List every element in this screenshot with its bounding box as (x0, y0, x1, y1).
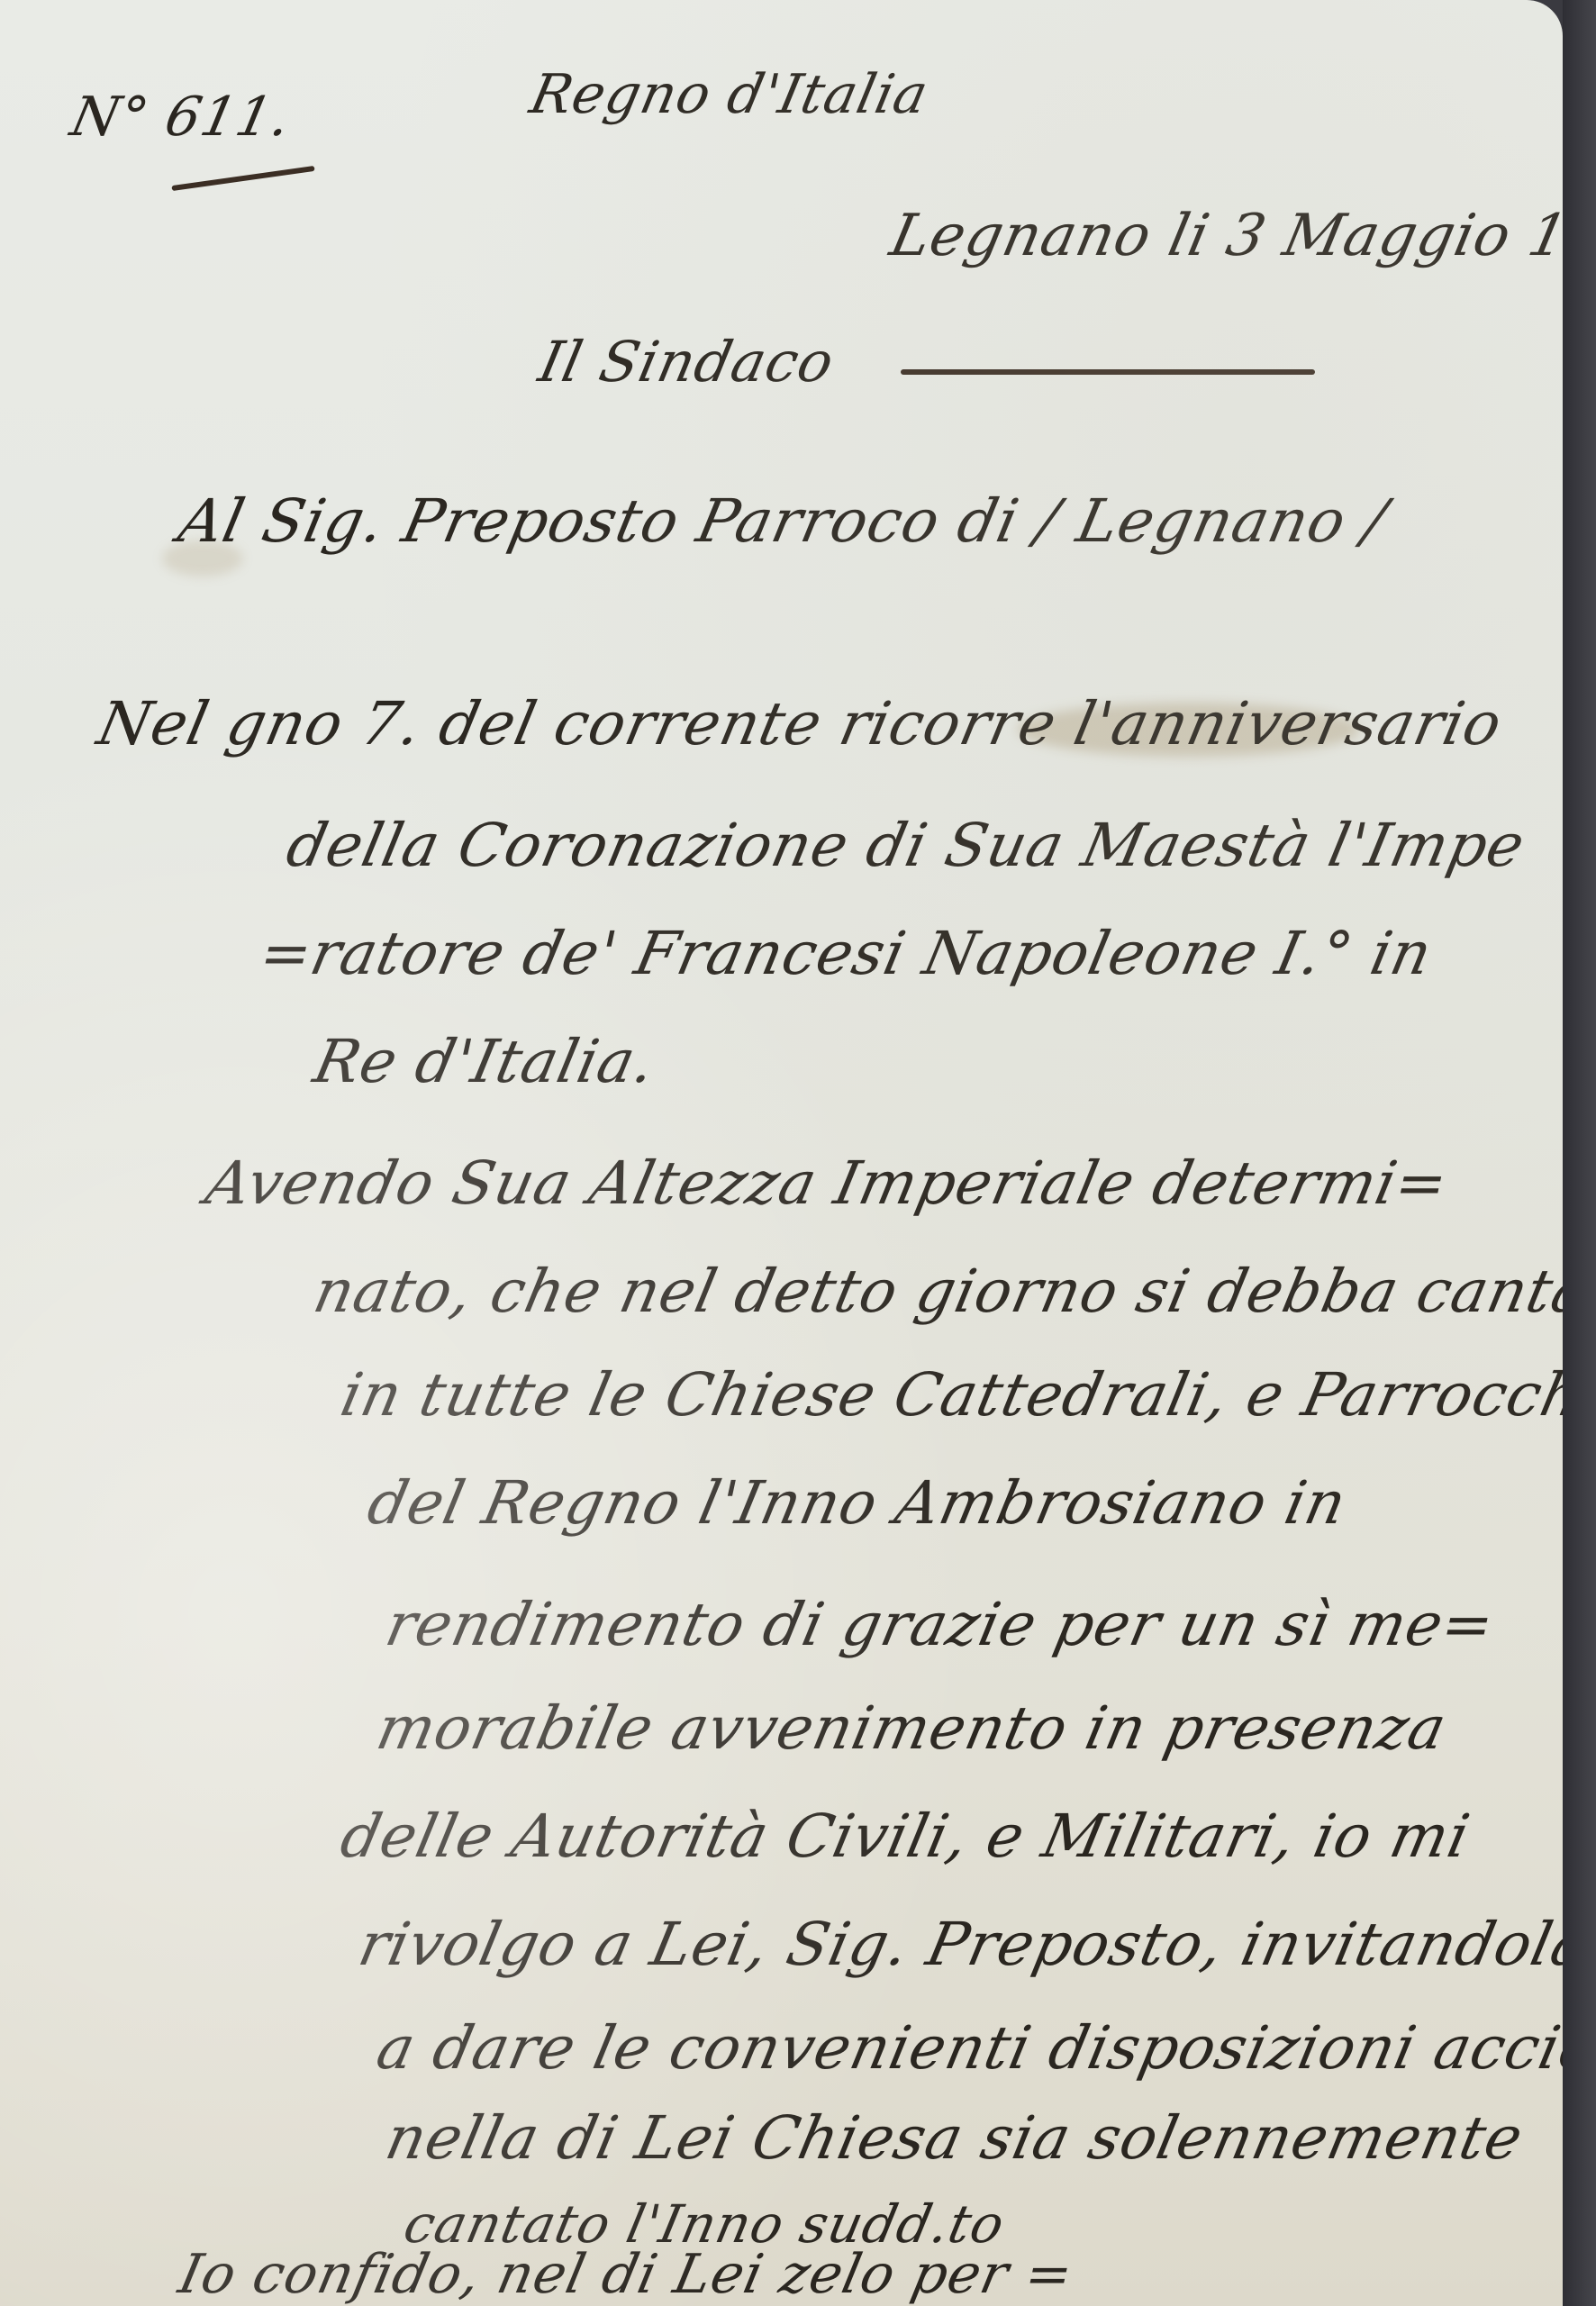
body-line: nato, che nel detto giorno si debba cant… (308, 1257, 1563, 1326)
body-line: in tutte le Chiese Cattedrali, e Parrocc… (335, 1360, 1563, 1430)
body-line: Avendo Sua Altezza Imperiale determi= (200, 1148, 1455, 1218)
letter-page: N° 611. Regno d'Italia Legnano li 3 Magg… (0, 0, 1563, 2306)
body-line: nella di Lei Chiesa sia solennemente (380, 2103, 1529, 2173)
body-line: =ratore de' Francesi Napoleone I.° in (254, 919, 1438, 988)
document-number: N° 611. (66, 86, 297, 149)
body-line: della Coronazione di Sua Maestà l'Impe (281, 811, 1531, 880)
recipient: Al Sig. Preposto Parroco di / Legnano / (173, 486, 1393, 556)
number-underline (171, 166, 314, 191)
scan-background-edge (1563, 0, 1596, 2306)
body-line: Re d'Italia. (308, 1027, 662, 1096)
body-line: Nel gno 7. del corrente ricorre l'annive… (92, 689, 1509, 758)
body-line: rendimento di grazie per un sì me= (380, 1590, 1501, 1659)
body-line: del Regno l'Inno Ambrosiano in (362, 1468, 1353, 1538)
sender-flourish (901, 369, 1315, 375)
body-line: morabile avvenimento in presenza (371, 1693, 1453, 1763)
place-date: Legnano li 3 Maggio 1810. (884, 203, 1563, 269)
header-kingdom: Regno d'Italia (525, 63, 934, 126)
body-line: rivolgo a Lei, Sig. Preposto, invitandol… (353, 1910, 1563, 1979)
body-line: a dare le convenienti disposizioni acciò (371, 2013, 1563, 2083)
body-line: Io confido, nel di Lei zelo per = (174, 2243, 1079, 2306)
sender: Il Sindaco (533, 329, 839, 395)
body-line: delle Autorità Civili, e Militari, io mi (335, 1802, 1476, 1871)
